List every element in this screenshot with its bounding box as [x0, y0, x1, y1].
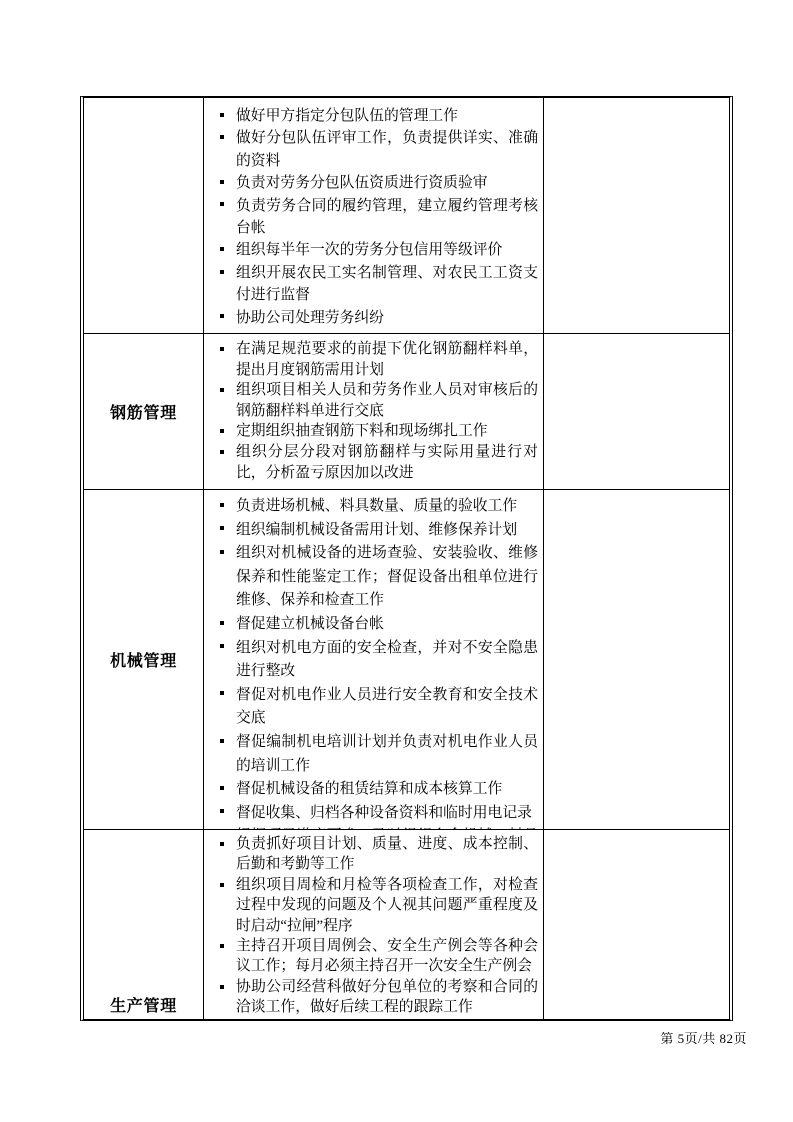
notes-cell — [543, 334, 729, 489]
duty-list: 在满足规范要求的前提下优化钢筋翻样料单，提出月度钢筋需用计划组织项目相关人员和劳… — [219, 339, 538, 483]
bullet-icon — [220, 809, 224, 813]
category-label-cell: 钢筋管理 — [84, 334, 203, 489]
duty-text: 督促编制机电培训计划并负责对机电作业人员的培训工作 — [236, 734, 538, 774]
duty-text: 组织分层分段对钢筋翻样与实际用量进行对比，分析盈亏原因加以改进 — [236, 444, 538, 481]
duty-text: 协助公司处理劳务纠纷 — [236, 310, 384, 326]
list-item: 督促对机电作业人员进行安全教育和安全技术交底 — [219, 684, 538, 731]
list-item: 在满足规范要求的前提下优化钢筋翻样料单，提出月度钢筋需用计划 — [219, 339, 538, 380]
bullet-icon — [220, 503, 224, 507]
bullet-icon — [220, 786, 224, 790]
duty-text: 督促对机电作业人员进行安全教育和安全技术交底 — [236, 687, 538, 727]
list-item: 督促编制机电培训计划并负责对机电作业人员的培训工作 — [219, 731, 538, 778]
list-item: 组织项目周检和月检等各项检查工作，对检查过程中发现的问题及个人视其问题严重程度及… — [219, 875, 538, 936]
duty-text: 督促收集、归档各种设备资料和临时用电记录 — [236, 805, 532, 821]
bullet-icon — [220, 842, 224, 846]
bullet-icon — [220, 180, 224, 184]
list-item: 组织项目相关人员和劳务作业人员对审核后的钢筋翻样料单进行交底 — [219, 380, 538, 421]
list-item: 负责对劳务分包队伍资质进行资质验审 — [219, 172, 538, 194]
bullet-icon — [220, 739, 224, 743]
category-label: 钢筋管理 — [110, 400, 177, 423]
list-item: 负责抓好项目计划、质量、进度、成本控制、后勤和考勤等工作 — [219, 834, 538, 875]
duty-text: 组织对机械设备的进场查验、安装验收、维修保养和性能鉴定工作；督促设备出租单位进行… — [236, 545, 538, 608]
bullet-icon — [220, 526, 224, 530]
notes-cell — [543, 830, 729, 1019]
duty-list: 做好甲方指定分包队伍的管理工作做好分包队伍评审工作，负责提供详实、准确的资料负责… — [219, 105, 538, 329]
notes-cell — [543, 490, 729, 829]
list-item: 根据项目进度要求，及时组织多余机械、料具的退场工作 — [219, 825, 538, 829]
duty-text: 做好甲方指定分包队伍的管理工作 — [236, 108, 458, 124]
bullet-icon — [220, 388, 224, 392]
list-item: 做好分包队伍评审工作，负责提供详实、准确的资料 — [219, 127, 538, 172]
list-item: 组织编制机械设备需用计划、维修保养计划 — [219, 519, 538, 543]
bullet-icon — [220, 347, 224, 351]
duties-cell: 负责进场机械、料具数量、质量的验收工作组织编制机械设备需用计划、维修保养计划组织… — [203, 490, 543, 829]
page-number: 第 5页/共 82页 — [660, 1028, 747, 1047]
bullet-icon — [220, 270, 224, 274]
category-label: 机械管理 — [110, 648, 177, 671]
bullet-icon — [220, 113, 224, 117]
bullet-icon — [220, 135, 224, 139]
table-row: 做好甲方指定分包队伍的管理工作做好分包队伍评审工作，负责提供详实、准确的资料负责… — [84, 98, 729, 333]
bullet-icon — [220, 247, 224, 251]
list-item: 定期组织抽查钢筋下料和现场绑扎工作 — [219, 421, 538, 442]
duty-text: 定期组织抽查钢筋下料和现场绑扎工作 — [236, 423, 488, 439]
bullet-icon — [220, 944, 224, 948]
duty-text: 组织编制机械设备需用计划、维修保养计划 — [236, 522, 517, 538]
duty-list: 负责进场机械、料具数量、质量的验收工作组织编制机械设备需用计划、维修保养计划组织… — [219, 495, 538, 829]
category-label-cell — [84, 98, 203, 333]
duties-cell: 负责抓好项目计划、质量、进度、成本控制、后勤和考勤等工作组织项目周检和月检等各项… — [203, 830, 543, 1019]
duty-text: 主持召开项目周例会、安全生产例会等各种会议工作；每月必须主持召开一次安全生产例会 — [236, 938, 538, 974]
table-row: 机械管理负责进场机械、料具数量、质量的验收工作组织编制机械设备需用计划、维修保养… — [84, 489, 729, 829]
notes-cell — [543, 98, 729, 333]
duty-text: 负责抓好项目计划、质量、进度、成本控制、后勤和考勤等工作 — [236, 836, 538, 872]
duty-text: 组织开展农民工实名制管理、对农民工工资支付进行监督 — [236, 265, 538, 303]
table-row: 钢筋管理在满足规范要求的前提下优化钢筋翻样料单，提出月度钢筋需用计划组织项目相关… — [84, 333, 729, 489]
list-item: 组织开展农民工实名制管理、对农民工工资支付进行监督 — [219, 262, 538, 307]
list-item: 督促机械设备的租赁结算和成本核算工作 — [219, 778, 538, 802]
duty-text: 协助公司经营科做好分包单位的考察和合同的洽谈工作，做好后续工程的跟踪工作 — [236, 979, 538, 1015]
bullet-icon — [220, 621, 224, 625]
bullet-icon — [220, 985, 224, 989]
duty-text: 做好分包队伍评审工作，负责提供详实、准确的资料 — [236, 130, 538, 168]
duty-text: 督促建立机械设备台帐 — [236, 616, 384, 632]
list-item: 主持召开项目周例会、安全生产例会等各种会议工作；每月必须主持召开一次安全生产例会 — [219, 936, 538, 977]
category-label-cell: 生产管理 — [84, 830, 203, 1019]
duty-list: 负责抓好项目计划、质量、进度、成本控制、后勤和考勤等工作组织项目周检和月检等各项… — [219, 834, 538, 1018]
bullet-icon — [220, 429, 224, 433]
bullet-icon — [220, 644, 224, 648]
document-page: 做好甲方指定分包队伍的管理工作做好分包队伍评审工作，负责提供详实、准确的资料负责… — [0, 0, 793, 1122]
list-item: 组织分层分段对钢筋翻样与实际用量进行对比，分析盈亏原因加以改进 — [219, 442, 538, 483]
bullet-icon — [220, 450, 224, 454]
bullet-icon — [220, 883, 224, 887]
duty-text: 组织每半年一次的劳务分包信用等级评价 — [236, 242, 502, 258]
duties-table: 做好甲方指定分包队伍的管理工作做好分包队伍评审工作，负责提供详实、准确的资料负责… — [80, 96, 733, 1021]
list-item: 协助公司处理劳务纠纷 — [219, 307, 538, 329]
duty-text: 负责进场机械、料具数量、质量的验收工作 — [236, 498, 517, 514]
bullet-icon — [220, 691, 224, 695]
bullet-icon — [220, 550, 224, 554]
duty-text: 根据项目进度要求，及时组织多余机械、料具的退场工作 — [236, 828, 538, 829]
duty-text: 组织项目周检和月检等各项检查工作，对检查过程中发现的问题及个人视其问题严重程度及… — [236, 877, 538, 934]
duty-text: 在满足规范要求的前提下优化钢筋翻样料单，提出月度钢筋需用计划 — [236, 341, 538, 378]
bullet-icon — [220, 314, 224, 318]
list-item: 协助公司经营科做好分包单位的考察和合同的洽谈工作，做好后续工程的跟踪工作 — [219, 977, 538, 1018]
bullet-icon — [220, 202, 224, 206]
list-item: 督促建立机械设备台帐 — [219, 613, 538, 637]
duties-cell: 做好甲方指定分包队伍的管理工作做好分包队伍评审工作，负责提供详实、准确的资料负责… — [203, 98, 543, 333]
list-item: 督促收集、归档各种设备资料和临时用电记录 — [219, 802, 538, 826]
duty-text: 负责劳务合同的履约管理，建立履约管理考核台帐 — [236, 198, 538, 236]
duty-text: 组织对机电方面的安全检查，并对不安全隐患进行整改 — [236, 640, 538, 680]
list-item: 组织对机电方面的安全检查，并对不安全隐患进行整改 — [219, 637, 538, 684]
duty-text: 负责对劳务分包队伍资质进行资质验审 — [236, 175, 488, 191]
list-item: 组织对机械设备的进场查验、安装验收、维修保养和性能鉴定工作；督促设备出租单位进行… — [219, 542, 538, 613]
duties-cell: 在满足规范要求的前提下优化钢筋翻样料单，提出月度钢筋需用计划组织项目相关人员和劳… — [203, 334, 543, 489]
list-item: 负责劳务合同的履约管理，建立履约管理考核台帐 — [219, 195, 538, 240]
table-row: 生产管理负责抓好项目计划、质量、进度、成本控制、后勤和考勤等工作组织项目周检和月… — [84, 829, 729, 1019]
list-item: 负责进场机械、料具数量、质量的验收工作 — [219, 495, 538, 519]
list-item: 做好甲方指定分包队伍的管理工作 — [219, 105, 538, 127]
duty-text: 组织项目相关人员和劳务作业人员对审核后的钢筋翻样料单进行交底 — [236, 382, 538, 419]
list-item: 组织每半年一次的劳务分包信用等级评价 — [219, 239, 538, 261]
duty-text: 督促机械设备的租赁结算和成本核算工作 — [236, 781, 502, 797]
category-label-cell: 机械管理 — [84, 490, 203, 829]
category-label: 生产管理 — [110, 993, 177, 1016]
